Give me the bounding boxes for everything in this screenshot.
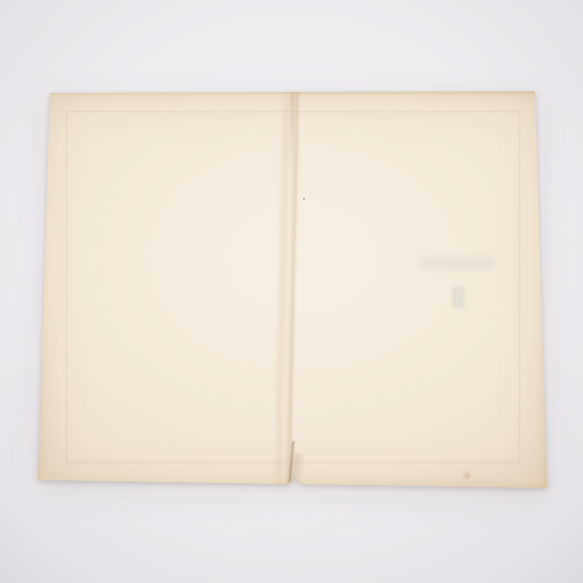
- photo-canvas: [0, 0, 583, 583]
- foxing-spot: [462, 471, 472, 480]
- show-through-streak: [420, 257, 494, 269]
- paper-sheet: [38, 91, 547, 488]
- show-through-stain: [452, 287, 465, 308]
- paper-speck: [303, 198, 305, 200]
- fold-bottom-wrinkle-shade: [291, 452, 306, 483]
- paper-sheet-wrapper: [38, 91, 547, 488]
